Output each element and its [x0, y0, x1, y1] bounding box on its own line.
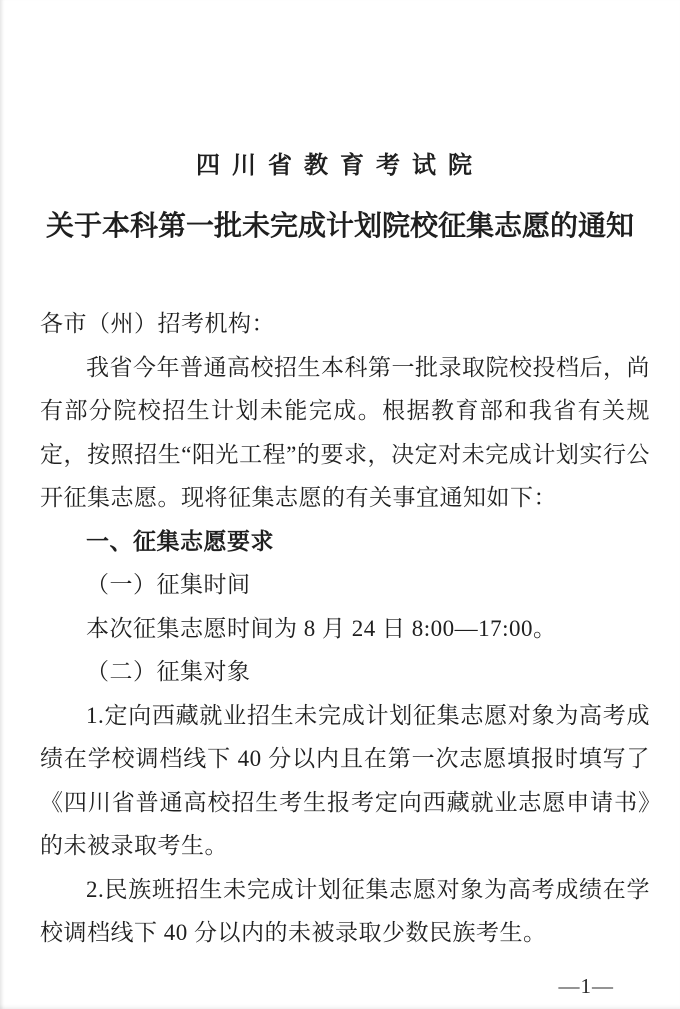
page-number: —1— — [559, 974, 615, 998]
document-page: 四川省教育考试院 关于本科第一批未完成计划院校征集志愿的通知 各市（州）招考机构… — [0, 0, 680, 1009]
sub-heading-collection-target: （二）征集对象 — [40, 650, 650, 694]
paragraph-collection-time: 本次征集志愿时间为 8 月 24 日 8:00—17:00。 — [40, 607, 650, 651]
sub-heading-collection-time: （一）征集时间 — [40, 563, 650, 607]
org-title: 四川省教育考试院 — [0, 152, 668, 180]
paragraph-item-1: 1.定向西藏就业招生未完成计划征集志愿对象为高考成绩在学校调档线下 40 分以内… — [40, 694, 650, 868]
paragraph-intro: 我省今年普通高校招生本科第一批录取院校投档后，尚有部分院校招生计划未能完成。根据… — [40, 346, 650, 520]
paragraph-item-2: 2.民族班招生未完成计划征集志愿对象为高考成绩在学校调档线下 40 分以内的未被… — [40, 868, 650, 955]
document-body: 各市（州）招考机构： 我省今年普通高校招生本科第一批录取院校投档后，尚有部分院校… — [40, 302, 650, 955]
doc-title: 关于本科第一批未完成计划院校征集志愿的通知 — [0, 206, 680, 246]
section-1-heading: 一、征集志愿要求 — [40, 520, 650, 564]
salutation: 各市（州）招考机构： — [40, 302, 650, 346]
